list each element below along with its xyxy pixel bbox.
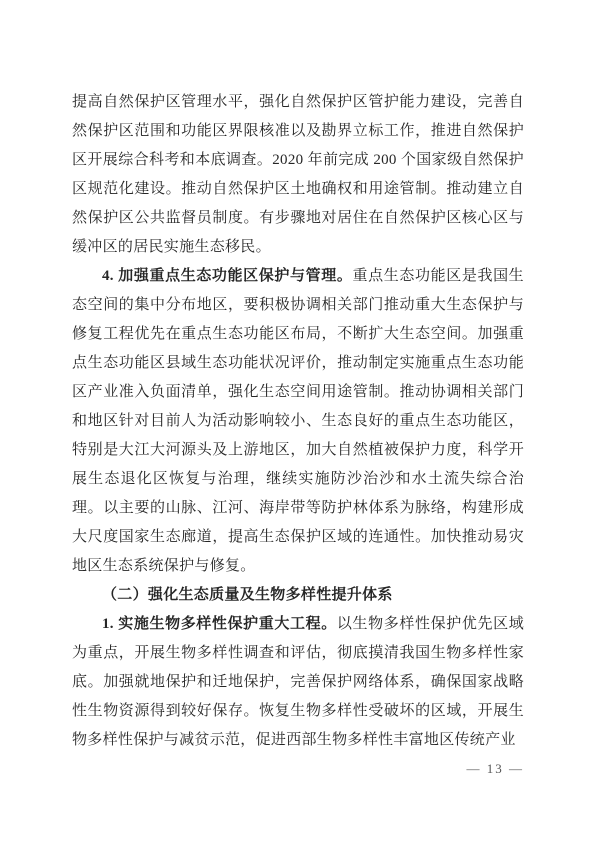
section-heading: （二）强化生态质量及生物多样性提升体系 <box>72 581 524 610</box>
text-run: （二）强化生态质量及生物多样性提升体系 <box>102 587 393 603</box>
text-run: 提高自然保护区管理水平，强化自然保护区管护能力建设，完善自然保护区范围和功能区界… <box>72 94 524 255</box>
paragraph: 4. 加强重点生态功能区保护与管理。重点生态功能区是我国生态空间的集中分布地区，… <box>72 262 524 581</box>
paragraph: 1. 实施生物多样性保护重大工程。以生物多样性保护优先区域为重点，开展生物多样性… <box>72 610 524 755</box>
page-number: — 13 — <box>72 761 524 777</box>
paragraph: 提高自然保护区管理水平，强化自然保护区管护能力建设，完善自然保护区范围和功能区界… <box>72 88 524 262</box>
text-run: 以生物多样性保护优先区域为重点，开展生物多样性调查和评估，彻底摸清我国生物多样性… <box>72 616 524 748</box>
text-run: 4. 加强重点生态功能区保护与管理。 <box>102 268 353 284</box>
document-page: 提高自然保护区管理水平，强化自然保护区管护能力建设，完善自然保护区范围和功能区界… <box>0 0 596 842</box>
body-text: 提高自然保护区管理水平，强化自然保护区管护能力建设，完善自然保护区范围和功能区界… <box>72 88 524 755</box>
text-run: 重点生态功能区是我国生态空间的集中分布地区，要积极协调相关部门推动重大生态保护与… <box>72 268 524 574</box>
text-run: 1. 实施生物多样性保护重大工程。 <box>102 616 337 632</box>
